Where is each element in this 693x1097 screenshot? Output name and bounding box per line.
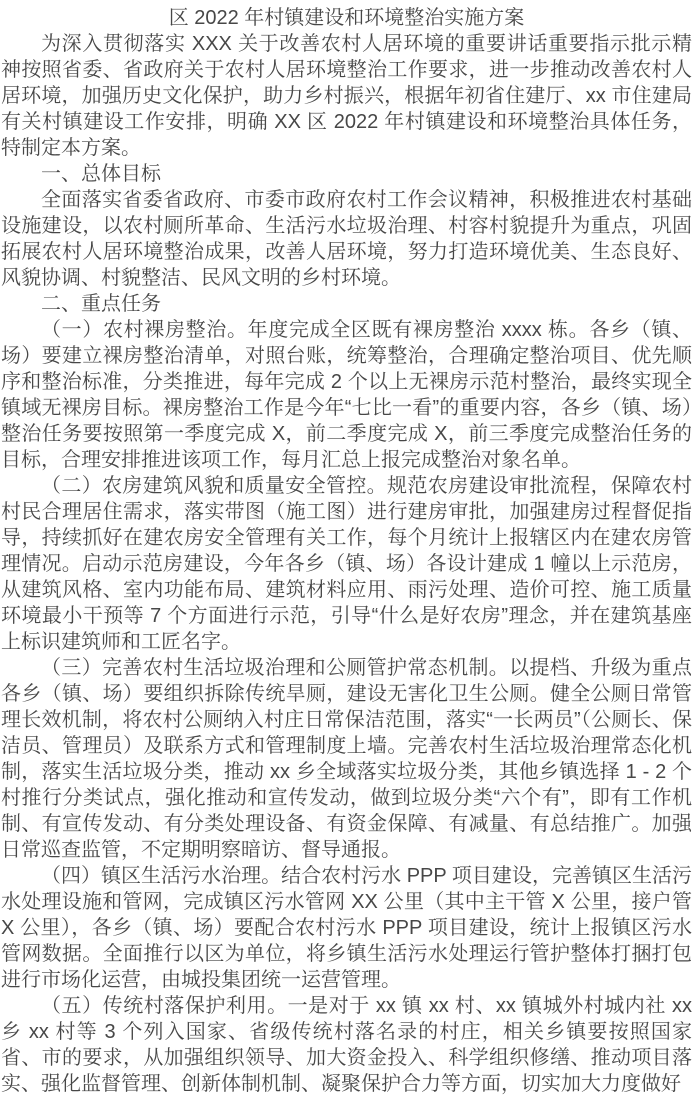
paragraph-task-3-garbage-and-toilet-management: （三）完善农村生活垃圾治理和公厕管护常态机制。以提档、升级为重点各乡（镇、场）要… (1, 655, 692, 863)
section-heading-key-tasks: 二、重点任务 (1, 291, 692, 317)
paragraph-overall-goals: 全面落实省委省政府、市委市政府农村工作会议精神，积极推进农村基础设施建设，以农村… (1, 187, 692, 291)
document-title: 区 2022 年村镇建设和环境整治实施方案 (1, 5, 692, 31)
paragraph-task-5-traditional-village-protection: （五）传统村落保护利用。一是对于 xx 镇 xx 村、xx 镇城外村城内社 xx… (1, 993, 692, 1097)
paragraph-task-1-bare-house-renovation: （一）农村裸房整治。年度完成全区既有裸房整治 xxxx 栋。各乡（镇、场）要建立… (1, 317, 692, 473)
document-page: 区 2022 年村镇建设和环境整治实施方案 为深入贯彻落实 XXX 关于改善农村… (0, 0, 693, 1097)
paragraph-task-2-farmhouse-quality-control: （二）农房建筑风貌和质量安全管控。规范农房建设审批流程，保障农村村民合理居住需求… (1, 473, 692, 655)
paragraph-intro: 为深入贯彻落实 XXX 关于改善农村人居环境的重要讲话重要指示批示精神按照省委、… (1, 31, 692, 161)
section-heading-overall-goals: 一、总体目标 (1, 161, 692, 187)
paragraph-task-4-sewage-treatment: （四）镇区生活污水治理。结合农村污水 PPP 项目建设，完善镇区生活污水处理设施… (1, 863, 692, 993)
